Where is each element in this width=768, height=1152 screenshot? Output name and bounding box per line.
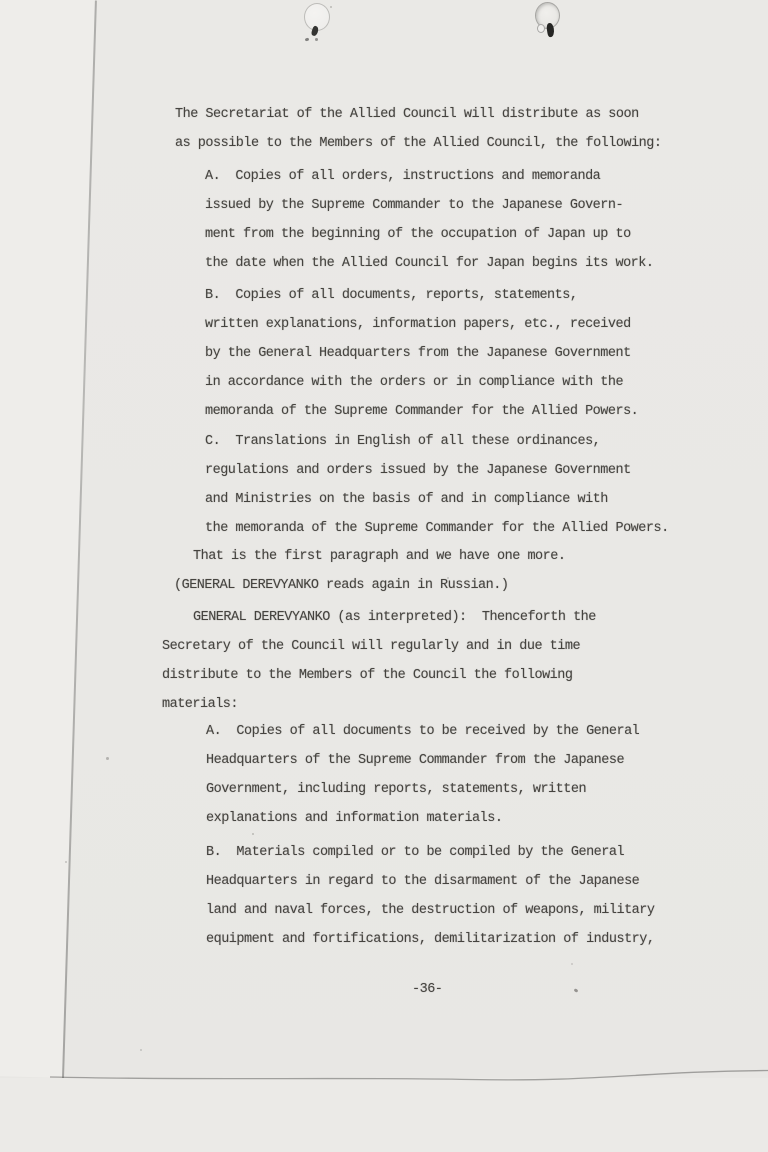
list-item-b-first: B. Copies of all documents, reports, sta… (205, 281, 638, 426)
paragraph-speech-derevyanko: GENERAL DEREVYANKO (as interpreted): The… (162, 603, 596, 719)
scanner-backing-bottom (0, 1078, 768, 1152)
scanned-document-page: The Secretariat of the Allied Council wi… (0, 0, 768, 1152)
scan-speck (330, 6, 332, 8)
scan-speck (447, 577, 449, 579)
scan-speck (574, 988, 579, 993)
paragraph-that-line: That is the first paragraph and we have … (193, 542, 565, 571)
page-number: -36- (412, 975, 442, 1004)
list-item-a-first: A. Copies of all orders, instructions an… (205, 162, 653, 278)
fastener-mark-left (311, 25, 320, 36)
scan-speck (65, 861, 67, 863)
fastener-speck-left (305, 37, 310, 41)
list-item-b-second: B. Materials compiled or to be compiled … (206, 838, 654, 954)
scan-speck (106, 757, 109, 760)
scan-speck (252, 833, 254, 835)
scan-speck (571, 963, 573, 965)
paragraph-intro: The Secretariat of the Allied Council wi… (175, 100, 661, 158)
fastener-speck-right (537, 24, 545, 33)
fastener-speck-left-2 (315, 38, 318, 41)
list-item-c-first: C. Translations in English of all these … (205, 427, 669, 543)
list-item-a-second: A. Copies of all documents to be receive… (206, 717, 639, 833)
scanner-backing-left (0, 0, 95, 1078)
scan-speck (140, 1049, 142, 1051)
stage-direction: (GENERAL DEREVYANKO reads again in Russi… (174, 571, 508, 600)
